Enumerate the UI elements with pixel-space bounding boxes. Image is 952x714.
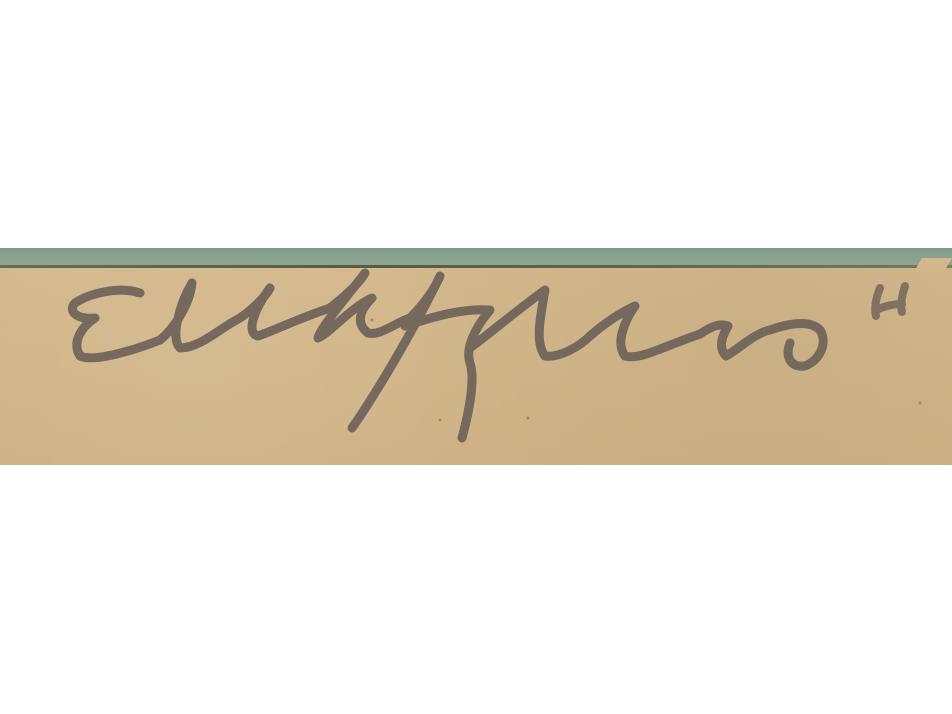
photograph: Ellkhy Seno " (0, 248, 952, 465)
handwritten-inscription (0, 248, 952, 465)
